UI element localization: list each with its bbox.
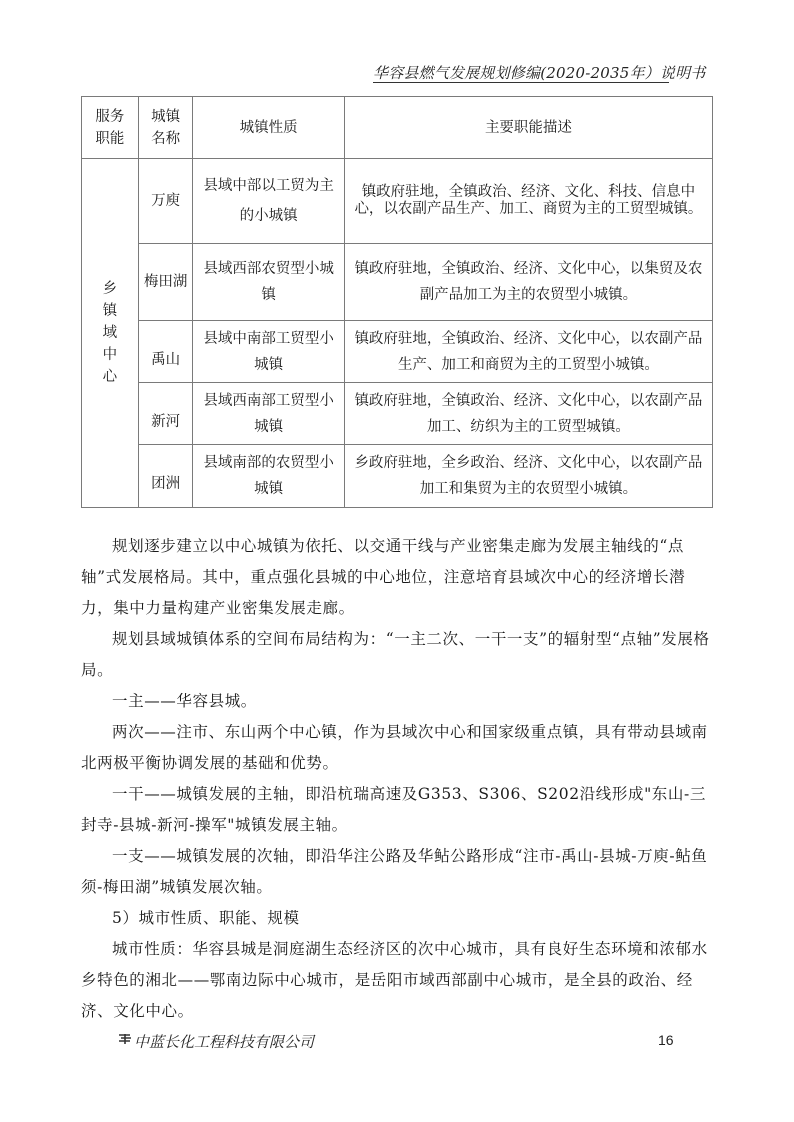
- function-description-cell: 镇政府驻地，全镇政治、经济、文化、科技、信息中心，以农副产品生产、加工、商贸为主…: [344, 159, 712, 244]
- table-row: 新河 县域西南部工贸型小城镇 镇政府驻地，全镇政治、经济、文化中心，以农副产品加…: [82, 383, 713, 445]
- table-row: 团洲 县域南部的农贸型小城镇 乡政府驻地，全乡政治、经济、文化中心，以农副产品加…: [82, 445, 713, 508]
- header-line: 城镇: [143, 106, 189, 128]
- town-nature-cell: 县域南部的农贸型小城镇: [193, 445, 344, 508]
- town-function-table: 服务 职能 城镇 名称 城镇性质 主要职能描述 乡 镇 域 中 心 万庾 县域中…: [81, 96, 713, 508]
- group-label-char: 中: [86, 344, 134, 366]
- table-header-row: 服务 职能 城镇 名称 城镇性质 主要职能描述: [82, 97, 713, 159]
- town-nature-cell: 县域西南部工贸型小城镇: [193, 383, 344, 445]
- body-paragraph: 城市性质：华容县城是洞庭湖生态经济区的次中心城市，具有良好生态环境和浓郁水乡特色…: [81, 934, 711, 1027]
- header-service-function: 服务 职能: [82, 97, 139, 159]
- body-paragraph: 规划逐步建立以中心城镇为依托、以交通干线与产业密集走廊为发展主轴线的“点轴”式发…: [81, 531, 711, 624]
- function-description-cell: 镇政府驻地，全镇政治、经济、文化中心，以农副产品生产、加工和商贸为主的工贸型小城…: [344, 321, 712, 383]
- header-line: 职能: [86, 128, 134, 150]
- group-label-char: 心: [86, 366, 134, 388]
- town-name-cell: 新河: [138, 383, 193, 445]
- table-row: 乡 镇 域 中 心 万庾 县域中部以工贸为主的小城镇 镇政府驻地，全镇政治、经济…: [82, 159, 713, 244]
- company-logo-icon: [118, 1033, 132, 1049]
- header-town-nature: 城镇性质: [193, 97, 344, 159]
- section-heading: 5）城市性质、职能、规模: [81, 903, 711, 934]
- document-header-title: 华容县燃气发展规划修编(2020-2035年）说明书: [373, 62, 705, 83]
- town-nature-cell: 县域西部农贸型小城镇: [193, 244, 344, 321]
- town-name-cell: 万庾: [138, 159, 193, 244]
- header-line: 名称: [143, 128, 189, 150]
- page-number: 16: [658, 1032, 674, 1048]
- header-town-name: 城镇 名称: [138, 97, 193, 159]
- header-main-function: 主要职能描述: [344, 97, 712, 159]
- group-label-char: 镇: [86, 300, 134, 322]
- town-name-cell: 团洲: [138, 445, 193, 508]
- group-label-char: 乡: [86, 278, 134, 300]
- town-nature-cell: 县域中部以工贸为主的小城镇: [193, 159, 344, 244]
- table-row: 梅田湖 县域西部农贸型小城镇 镇政府驻地，全镇政治、经济、文化中心，以集贸及农副…: [82, 244, 713, 321]
- body-paragraph: 一主——华容县城。: [81, 686, 711, 717]
- body-paragraph: 规划县域城镇体系的空间布局结构为：“一主二次、一干一支”的辐射型“点轴”发展格局…: [81, 624, 711, 686]
- group-label-char: 域: [86, 322, 134, 344]
- town-name-cell: 梅田湖: [138, 244, 193, 321]
- body-paragraph: 两次——注市、东山两个中心镇，作为县域次中心和国家级重点镇，具有带动县域南北两极…: [81, 717, 711, 779]
- function-description-cell: 乡政府驻地，全乡政治、经济、文化中心，以农副产品加工和集贸为主的农贸型小城镇。: [344, 445, 712, 508]
- group-label-cell: 乡 镇 域 中 心: [82, 159, 139, 508]
- body-paragraph: 一支——城镇发展的次轴，即沿华注公路及华鲇公路形成“注市-禹山-县城-万庾-鲇鱼…: [81, 841, 711, 903]
- town-nature-cell: 县域中南部工贸型小城镇: [193, 321, 344, 383]
- header-line: 服务: [86, 106, 134, 128]
- header-underline: [373, 82, 669, 83]
- body-paragraph: 一干——城镇发展的主轴，即沿杭瑞高速及G353、S306、S202沿线形成"东山…: [81, 779, 711, 841]
- town-name-cell: 禹山: [138, 321, 193, 383]
- function-description-cell: 镇政府驻地，全镇政治、经济、文化中心，以农副产品加工、纺织为主的工贸型城镇。: [344, 383, 712, 445]
- function-description-cell: 镇政府驻地，全镇政治、经济、文化中心，以集贸及农副产品加工为主的农贸型小城镇。: [344, 244, 712, 321]
- footer-company-name: 中蓝长化工程科技有限公司: [134, 1031, 314, 1052]
- table-row: 禹山 县域中南部工贸型小城镇 镇政府驻地，全镇政治、经济、文化中心，以农副产品生…: [82, 321, 713, 383]
